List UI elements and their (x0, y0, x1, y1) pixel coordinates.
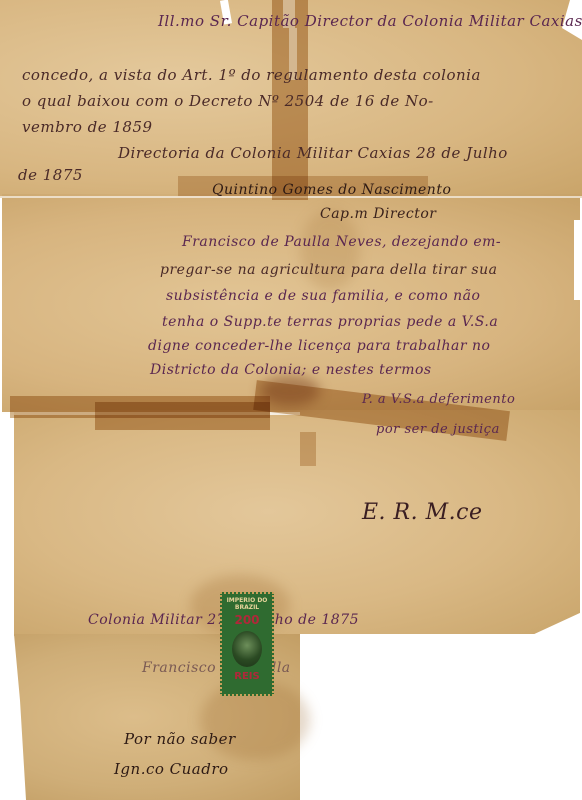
signature-witness: Ign.co Cuadro (114, 760, 229, 778)
stain (260, 376, 320, 406)
paper-fragment-lower (14, 410, 580, 636)
text-line: Directoria da Colonia Militar Caxias 28 … (118, 144, 508, 162)
text-line: Ill.mo Sr. Capitão Director da Colonia M… (158, 12, 582, 30)
text-line: Districto da Colonia; e nestes termos (150, 362, 432, 378)
tear-notch (574, 220, 582, 300)
text-line: de 1875 (18, 166, 83, 184)
missing-area (0, 412, 14, 636)
text-line: vembro de 1859 (22, 118, 153, 136)
text-line: por ser de justiça (376, 422, 500, 437)
text-closing: E. R. M.ce (362, 500, 482, 525)
signature-director: Quintino Gomes do Nascimento (212, 182, 451, 198)
text-line: tenha o Supp.te terras proprias pede a V… (162, 314, 498, 330)
tape-patch (300, 432, 316, 466)
text-line: Francisco de Paulla Neves, dezejando em- (182, 234, 501, 250)
text-line: Por não saber (124, 730, 236, 748)
stain (300, 210, 360, 290)
stamp-value: 200 (222, 613, 272, 627)
text-line: Cap.m Director (320, 206, 436, 222)
text-line: digne conceder-lhe licença para trabalha… (148, 338, 490, 354)
stamp-header: IMPERIO DO BRAZIL (222, 597, 272, 611)
stamp-unit: REIS (222, 671, 272, 682)
text-line: P. a V.S.a deferimento (362, 392, 515, 407)
tape-strip-horizontal (95, 402, 270, 430)
stamp-portrait-icon (232, 631, 262, 667)
text-line: pregar-se na agricultura para della tira… (160, 262, 497, 278)
missing-area (0, 634, 14, 800)
missing-area (300, 634, 582, 800)
text-line: o qual baixou com o Decreto Nº 2504 de 1… (22, 92, 434, 110)
text-line: concedo, a vista do Art. 1º do regulamen… (22, 66, 481, 84)
text-line: subsistência e de sua familia, e como nã… (166, 288, 480, 304)
revenue-stamp: IMPERIO DO BRAZIL 200 REIS (220, 592, 274, 696)
